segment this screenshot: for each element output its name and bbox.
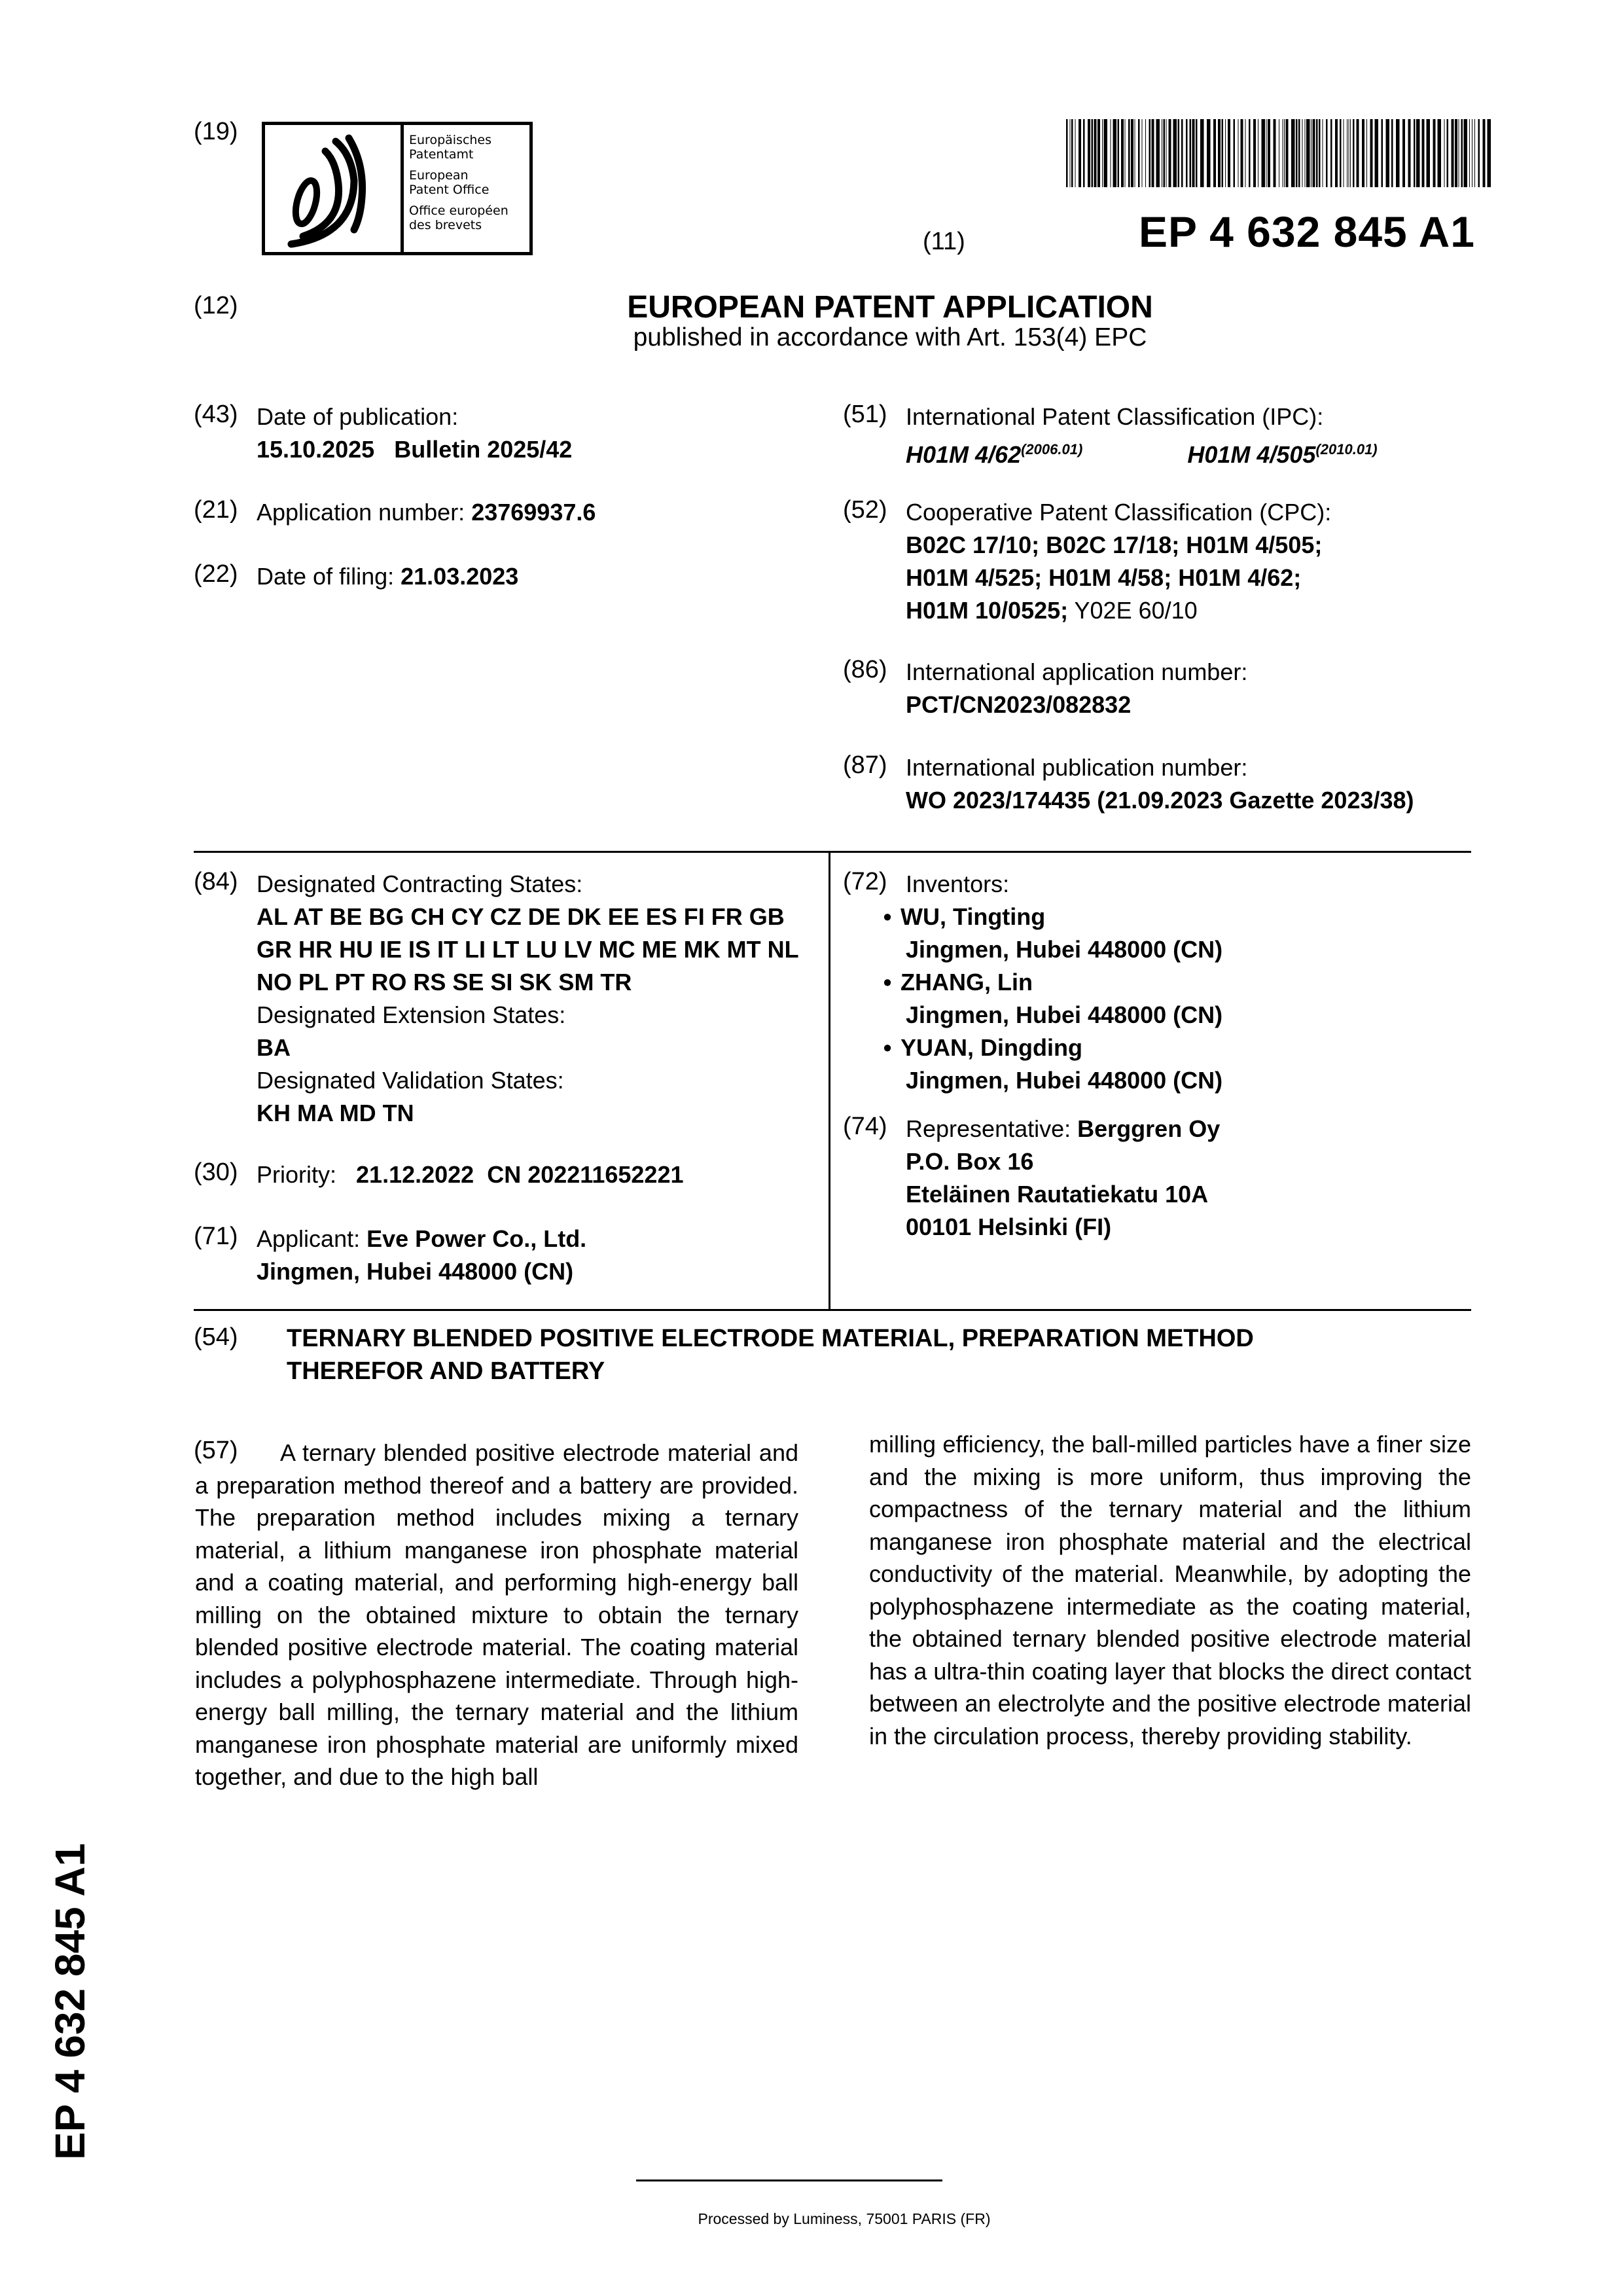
bulletin: Bulletin 2025/42	[394, 436, 572, 463]
cpc-line: B02C 17/10; B02C 17/18; H01M 4/505;	[906, 529, 1331, 562]
epo-office-names: EuropäischesPatentamt EuropeanPatent Off…	[404, 125, 529, 252]
wo-number: WO 2023/174435 (21.09.2023 Gazette 2023/…	[906, 784, 1414, 817]
ipc-code: H01M 4/62	[906, 441, 1021, 468]
pct-number: PCT/CN2023/082832	[906, 689, 1247, 721]
barcode-icon	[1065, 119, 1495, 187]
inventor-address: Jingmen, Hubei 448000 (CN)	[906, 933, 1222, 966]
footer-rule	[636, 2179, 942, 2181]
document-subtitle: published in accordance with Art. 153(4)…	[0, 323, 1623, 352]
inventor-address: Jingmen, Hubei 448000 (CN)	[906, 999, 1222, 1031]
inventor-address: Jingmen, Hubei 448000 (CN)	[906, 1064, 1222, 1097]
inid-11: (11)	[923, 228, 965, 256]
application-number: 23769937.6	[471, 499, 596, 526]
section-divider	[194, 851, 1471, 853]
bullet-icon: •	[874, 901, 901, 933]
inid-54: (54)	[194, 1323, 238, 1352]
publication-date: 15.10.2025	[257, 436, 374, 463]
validation-states: KH MA MD TN	[257, 1097, 799, 1130]
priority-value: 21.12.2022 CN 202211652221	[356, 1161, 683, 1188]
epo-logo-icon	[265, 125, 404, 252]
contracting-states: GR HR HU IE IS IT LI LT LU LV MC ME MK M…	[257, 933, 799, 966]
column-divider	[829, 851, 830, 1310]
ipc-code: H01M 4/505	[1187, 441, 1315, 468]
publication-number: EP 4 632 845 A1	[1139, 207, 1475, 257]
bullet-icon: •	[874, 1031, 901, 1064]
extension-states: BA	[257, 1031, 799, 1064]
applicant-address: Jingmen, Hubei 448000 (CN)	[257, 1255, 586, 1288]
contracting-states: NO PL PT RO RS SE SI SK SM TR	[257, 966, 799, 999]
inventor-name: •ZHANG, Lin	[906, 966, 1222, 999]
abstract-column-1: A ternary blended positive electrode mat…	[195, 1437, 798, 1793]
document-type: EUROPEAN PATENT APPLICATION	[0, 289, 1623, 325]
epo-logo: EuropäischesPatentamt EuropeanPatent Off…	[262, 122, 533, 255]
invention-title: TERNARY BLENDED POSITIVE ELECTRODE MATER…	[287, 1322, 1254, 1388]
inventor-name: •WU, Tingting	[906, 901, 1222, 933]
cpc-line: H01M 4/525; H01M 4/58; H01M 4/62;	[906, 562, 1331, 594]
side-publication-number: EP 4 632 845 A1	[46, 1843, 94, 2160]
cpc-line: H01M 10/0525; Y02E 60/10	[906, 594, 1331, 627]
abstract-column-2: milling efficiency, the ball-milled part…	[869, 1428, 1471, 1752]
section-divider	[194, 1309, 1471, 1311]
contracting-states: AL AT BE BG CH CY CZ DE DK EE ES FI FR G…	[257, 901, 799, 933]
applicant-name: Eve Power Co., Ltd.	[366, 1225, 586, 1252]
inid-19: (19)	[194, 118, 238, 146]
filing-date: 21.03.2023	[401, 563, 518, 590]
inventor-name: •YUAN, Dingding	[906, 1031, 1222, 1064]
bullet-icon: •	[874, 966, 901, 999]
footer-processed-by: Processed by Luminess, 75001 PARIS (FR)	[628, 2210, 1060, 2228]
representative-name: Berggren Oy	[1077, 1115, 1220, 1142]
